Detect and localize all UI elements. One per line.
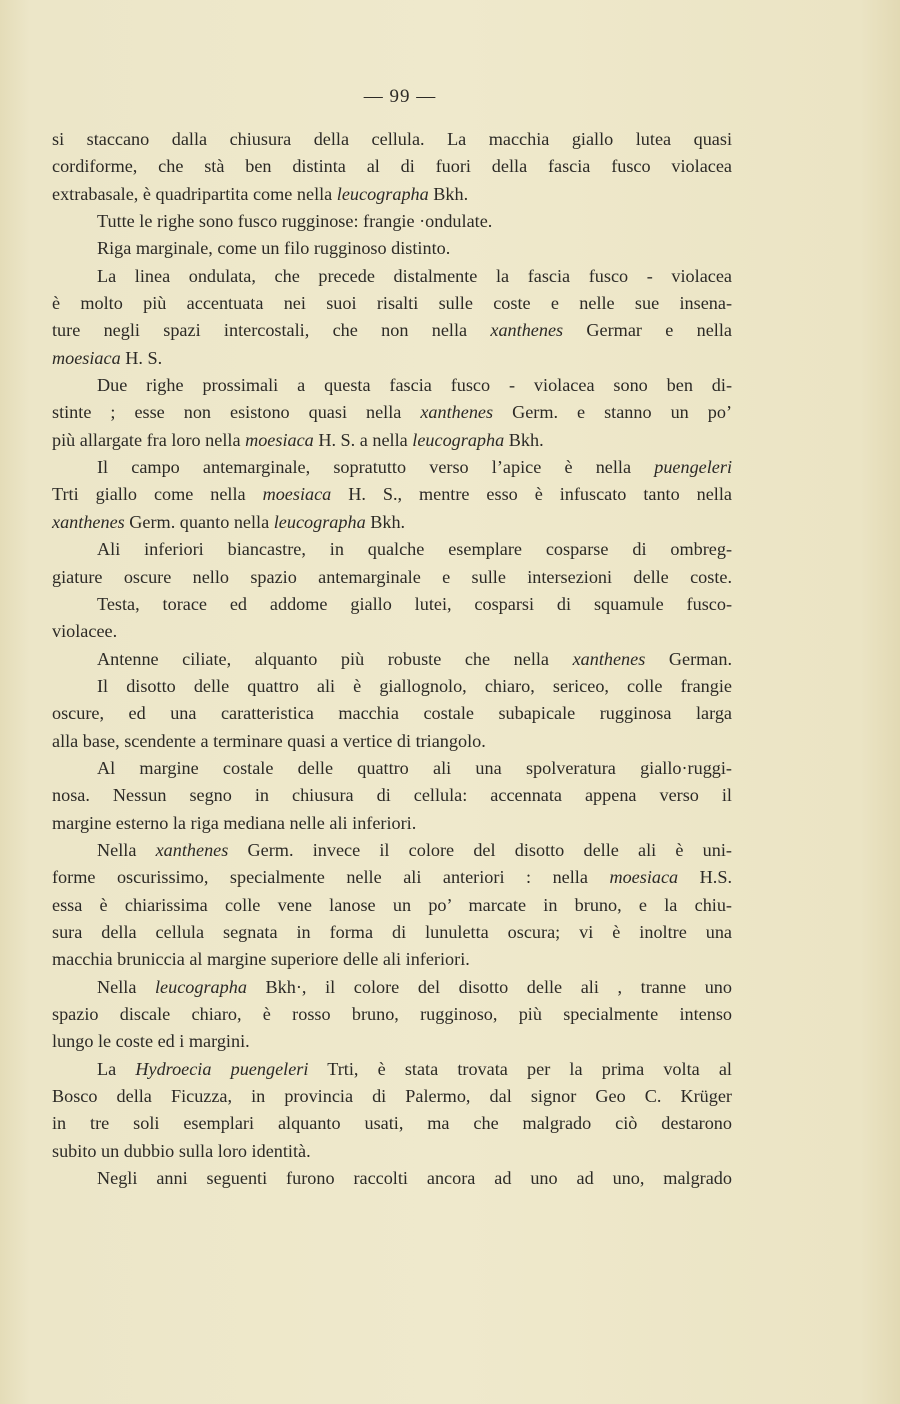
text-segment: Germ. quanto nella [125, 512, 274, 532]
text-segment: extrabasale, è quadripartita come nella [52, 184, 337, 204]
italic-species-name: puengeleri [654, 457, 732, 477]
text-segment: si staccano dalla chiusura della cellula… [52, 129, 732, 149]
text-line: spazio discale chiaro, è rosso bruno, ru… [52, 1001, 732, 1028]
italic-species-name: Hydroecia puengeleri [135, 1059, 308, 1079]
text-line: margine esterno la riga mediana nelle al… [52, 810, 732, 837]
text-segment: Al margine costale delle quattro ali una… [97, 758, 732, 778]
text-line: Due righe prossimali a questa fascia fus… [52, 372, 732, 399]
text-segment: La linea ondulata, che precede distalmen… [97, 266, 732, 286]
text-line: Negli anni seguenti furono raccolti anco… [52, 1165, 732, 1192]
italic-species-name: xanthenes [573, 649, 646, 669]
text-segment: Due righe prossimali a questa fascia fus… [97, 375, 732, 395]
text-line: Nella leucographa Bkh·, il colore del di… [52, 974, 732, 1001]
text-segment: nosa. Nessun segno in chiusura di cellul… [52, 785, 732, 805]
text-segment: Nella [97, 977, 155, 997]
text-line: La linea ondulata, che precede distalmen… [52, 263, 732, 290]
text-segment: Germ. invece il colore del disotto delle… [228, 840, 732, 860]
text-segment: H. S. a nella [314, 430, 413, 450]
text-line: lungo le coste ed i margini. [52, 1028, 732, 1055]
page-number: — 99 — [0, 86, 800, 108]
text-line: Nella xanthenes Germ. invece il colore d… [52, 837, 732, 864]
text-line: Ali inferiori biancastre, in qualche ese… [52, 536, 732, 563]
text-segment: cordiforme, che stà ben distinta al di f… [52, 156, 732, 176]
text-segment: Bkh. [429, 184, 468, 204]
italic-species-name: leucographa [274, 512, 366, 532]
text-line: Trti giallo come nella moesiaca H. S., m… [52, 481, 732, 508]
text-segment: Nella [97, 840, 156, 860]
text-segment: Testa, torace ed addome giallo lutei, co… [97, 594, 732, 614]
italic-species-name: leucographa [412, 430, 504, 450]
text-line: è molto più accentuata nei suoi risalti … [52, 290, 732, 317]
italic-species-name: xanthenes [52, 512, 125, 532]
italic-species-name: leucographa [337, 184, 429, 204]
text-segment: è molto più accentuata nei suoi risalti … [52, 293, 732, 313]
text-segment: Riga marginale, come un filo rugginoso d… [97, 238, 450, 258]
text-segment: Tutte le righe sono fusco rugginose: fra… [97, 211, 492, 231]
text-line: essa è chiarissima colle vene lanose un … [52, 892, 732, 919]
text-segment: H.S. [678, 867, 732, 887]
text-line: ture negli spazi intercostali, che non n… [52, 317, 732, 344]
text-segment: Bosco della Ficuzza, in provincia di Pal… [52, 1086, 732, 1106]
body-text: si staccano dalla chiusura della cellula… [52, 126, 732, 1192]
text-segment: forme oscurissimo, specialmente nelle al… [52, 867, 609, 887]
text-segment: essa è chiarissima colle vene lanose un … [52, 895, 732, 915]
text-line: cordiforme, che stà ben distinta al di f… [52, 153, 732, 180]
text-segment: H. S. [121, 348, 162, 368]
text-segment: subito un dubbio sulla loro identità. [52, 1141, 311, 1161]
text-segment: giature oscure nello spazio antemarginal… [52, 567, 732, 587]
text-line: sura della cellula segnata in forma di l… [52, 919, 732, 946]
text-line: La Hydroecia puengeleri Trti, è stata tr… [52, 1056, 732, 1083]
italic-species-name: leucographa [155, 977, 247, 997]
text-segment: Negli anni seguenti furono raccolti anco… [97, 1168, 732, 1188]
text-segment: Il campo antemarginale, sopratutto verso… [97, 457, 654, 477]
text-line: Il campo antemarginale, sopratutto verso… [52, 454, 732, 481]
text-line: subito un dubbio sulla loro identità. [52, 1138, 732, 1165]
text-segment: margine esterno la riga mediana nelle al… [52, 813, 416, 833]
text-line: più allargate fra loro nella moesiaca H.… [52, 427, 732, 454]
text-line: Il disotto delle quattro ali è giallogno… [52, 673, 732, 700]
text-line: macchia bruniccia al margine superiore d… [52, 946, 732, 973]
text-segment: più allargate fra loro nella [52, 430, 245, 450]
italic-species-name: xanthenes [420, 402, 493, 422]
italic-species-name: moesiaca [263, 484, 332, 504]
text-line: giature oscure nello spazio antemarginal… [52, 564, 732, 591]
text-line: nosa. Nessun segno in chiusura di cellul… [52, 782, 732, 809]
text-line: moesiaca H. S. [52, 345, 732, 372]
text-segment: alla base, scendente a terminare quasi a… [52, 731, 486, 751]
text-segment: Trti, è stata trovata per la prima volta… [308, 1059, 732, 1079]
text-segment: Trti giallo come nella [52, 484, 263, 504]
text-segment: Bkh. [504, 430, 543, 450]
italic-species-name: moesiaca [609, 867, 678, 887]
text-segment: Antenne ciliate, alquanto più robuste ch… [97, 649, 573, 669]
text-line: si staccano dalla chiusura della cellula… [52, 126, 732, 153]
text-segment: Ali inferiori biancastre, in qualche ese… [97, 539, 732, 559]
text-line: Antenne ciliate, alquanto più robuste ch… [52, 646, 732, 673]
text-segment: Bkh·, il colore del disotto delle ali , … [247, 977, 732, 997]
text-segment: Bkh. [366, 512, 405, 532]
text-line: alla base, scendente a terminare quasi a… [52, 728, 732, 755]
text-line: xanthenes Germ. quanto nella leucographa… [52, 509, 732, 536]
italic-species-name: moesiaca [52, 348, 121, 368]
text-line: Al margine costale delle quattro ali una… [52, 755, 732, 782]
text-segment: H. S., mentre esso è infuscato tanto nel… [331, 484, 732, 504]
text-line: stinte ; esse non esistono quasi nella x… [52, 399, 732, 426]
text-segment: macchia bruniccia al margine superiore d… [52, 949, 470, 969]
text-segment: in tre soli esemplari alquanto usati, ma… [52, 1113, 732, 1133]
text-segment: oscure, ed una caratteristica macchia co… [52, 703, 732, 723]
text-segment: violacee. [52, 621, 117, 641]
text-line: violacee. [52, 618, 732, 645]
text-segment: sura della cellula segnata in forma di l… [52, 922, 732, 942]
text-segment: German. [645, 649, 732, 669]
text-segment: spazio discale chiaro, è rosso bruno, ru… [52, 1004, 732, 1024]
italic-species-name: moesiaca [245, 430, 314, 450]
text-line: extrabasale, è quadripartita come nella … [52, 181, 732, 208]
text-line: Riga marginale, come un filo rugginoso d… [52, 235, 732, 262]
text-segment: ture negli spazi intercostali, che non n… [52, 320, 490, 340]
text-line: forme oscurissimo, specialmente nelle al… [52, 864, 732, 891]
text-segment: Il disotto delle quattro ali è giallogno… [97, 676, 732, 696]
text-segment: Germ. e stanno un po’ [493, 402, 732, 422]
text-line: Tutte le righe sono fusco rugginose: fra… [52, 208, 732, 235]
italic-species-name: xanthenes [490, 320, 563, 340]
text-segment: Germar e nella [563, 320, 732, 340]
italic-species-name: xanthenes [156, 840, 229, 860]
text-segment: La [97, 1059, 135, 1079]
text-segment: lungo le coste ed i margini. [52, 1031, 250, 1051]
text-line: in tre soli esemplari alquanto usati, ma… [52, 1110, 732, 1137]
text-line: oscure, ed una caratteristica macchia co… [52, 700, 732, 727]
text-line: Testa, torace ed addome giallo lutei, co… [52, 591, 732, 618]
text-segment: stinte ; esse non esistono quasi nella [52, 402, 420, 422]
text-line: Bosco della Ficuzza, in provincia di Pal… [52, 1083, 732, 1110]
